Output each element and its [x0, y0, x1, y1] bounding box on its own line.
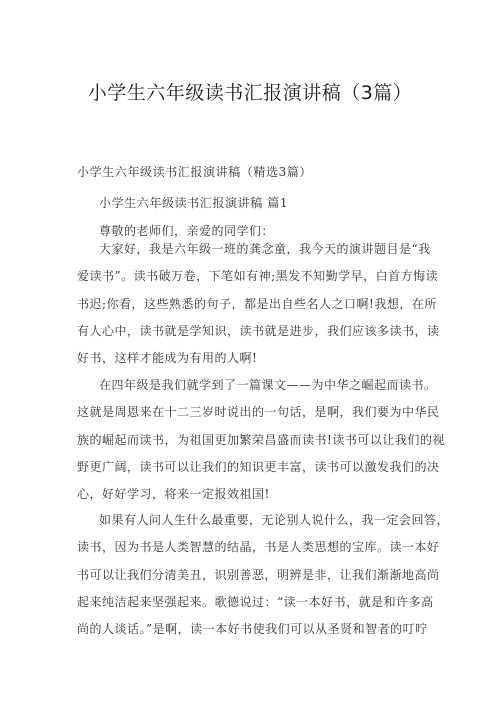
paragraph-line: 读书，因为书是人类智慧的结晶，书是人类思想的宝库。读一本好: [77, 534, 431, 561]
section-heading: 小学生六年级读书汇报演讲稿 篇1: [99, 194, 288, 211]
paragraph-line: 大家好，我是六年级一班的龚念童，我今天的演讲题目是“我: [77, 236, 431, 263]
paragraph-line: 好书，这样才能成为有用的人啊!: [77, 345, 431, 372]
paragraph-line: 有人心中，读书就是学知识，读书就是进步，我们应该多读书，读: [77, 318, 431, 345]
paragraph-line: 野更广阔，读书可以让我们的知识更丰富，读书可以激发我们的决: [77, 454, 431, 481]
paragraph-line: 心，好好学习，将来一定报效祖国!: [77, 481, 431, 508]
paragraph-line: 这就是周恩来在十二三岁时说出的一句话，是啊，我们要为中华民: [77, 399, 431, 426]
paragraph-line: 书可以让我们分清美丑，识别善恶，明辨是非，让我们渐渐地高尚: [77, 562, 431, 589]
paragraph-3: 如果有人问人生什么最重要，无论别人说什么，我一定会回答， 读书，因为书是人类智慧…: [77, 507, 431, 643]
paragraph-line: 尚的人谈话。”是啊，读一本好书使我们可以从圣贤和智者的叮咛: [77, 616, 431, 643]
paragraph-line: 爱读书”。读书破万卷，下笔如有神;黑发不知勤学早，白首方悔读: [77, 263, 431, 290]
paragraph-line: 族的崛起而读书，为祖国更加繁荣昌盛而读书!读书可以让我们的视: [77, 427, 431, 454]
paragraph-line: 在四年级是我们就学到了一篇课文——为中华之崛起而读书。: [77, 372, 431, 399]
paragraph-1: 大家好，我是六年级一班的龚念童，我今天的演讲题目是“我 爱读书”。读书破万卷，下…: [77, 236, 431, 372]
document-page: 小学生六年级读书汇报演讲稿（3篇） 小学生六年级读书汇报演讲稿（精选3篇） 小学…: [0, 0, 500, 707]
paragraph-line: 如果有人问人生什么最重要，无论别人说什么，我一定会回答，: [77, 507, 431, 534]
document-subtitle: 小学生六年级读书汇报演讲稿（精选3篇）: [77, 163, 312, 180]
document-title: 小学生六年级读书汇报演讲稿（3篇）: [0, 78, 500, 105]
paragraph-line: 起来纯洁起来坚强起来。歌德说过：“读一本好书，就是和许多高: [77, 589, 431, 616]
paragraph-line: 书迟;你看，这些熟悉的句子，都是出自些名人之口啊!我想，在所: [77, 291, 431, 318]
paragraph-2: 在四年级是我们就学到了一篇课文——为中华之崛起而读书。 这就是周恩来在十二三岁时…: [77, 372, 431, 508]
